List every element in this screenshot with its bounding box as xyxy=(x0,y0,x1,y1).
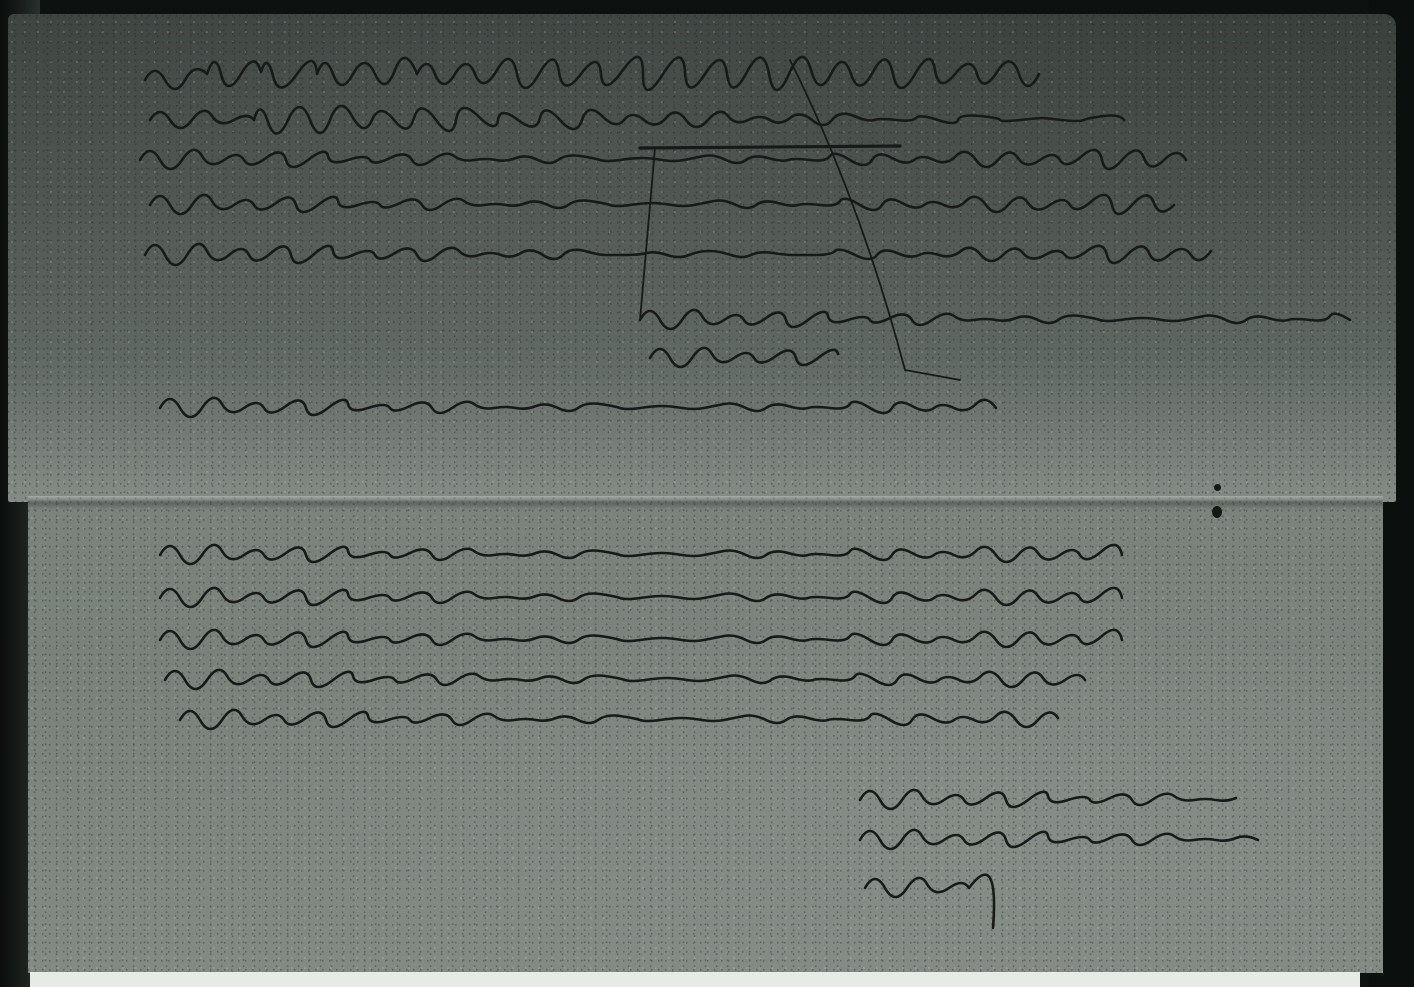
manuscript-lower-panel xyxy=(28,500,1383,973)
manuscript-fold-crease xyxy=(28,496,1383,510)
photo-background-bottom xyxy=(30,972,1360,987)
manuscript-upper-panel xyxy=(8,14,1396,502)
ink-blot xyxy=(1214,484,1221,491)
ink-blot xyxy=(1212,506,1222,518)
